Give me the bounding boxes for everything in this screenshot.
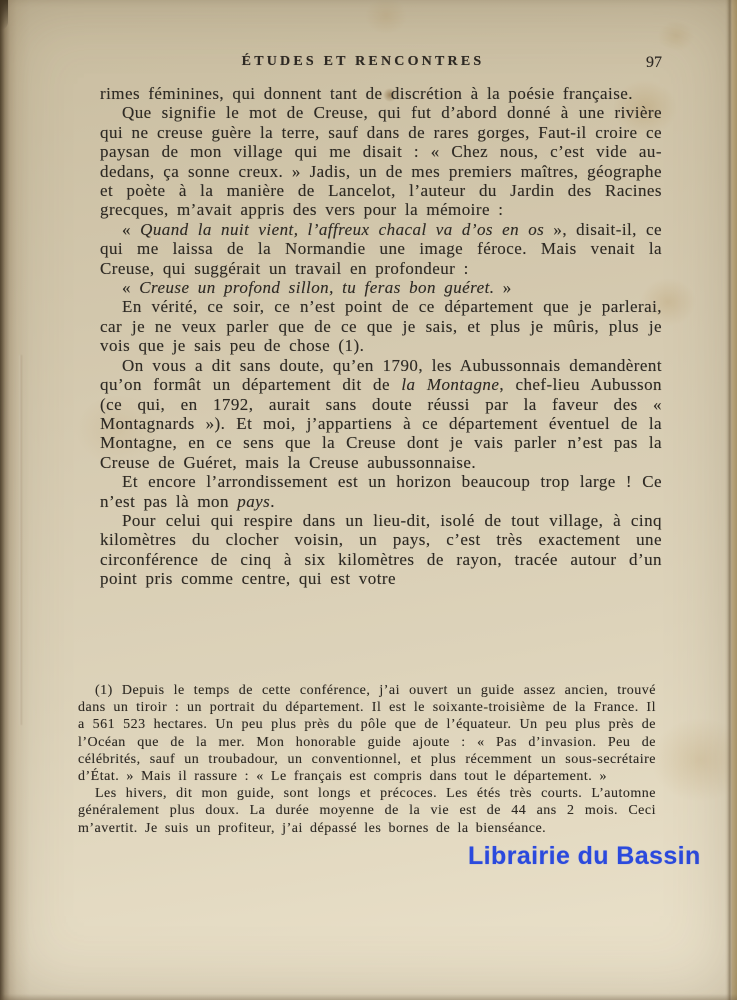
page-edge-bottom bbox=[0, 994, 737, 1000]
body-paragraph: rimes féminines, qui donnent tant de dis… bbox=[100, 84, 662, 103]
footnote-paragraph: (1) Depuis le temps de cette conférence,… bbox=[78, 682, 656, 785]
watermark: Librairie du Bassin bbox=[468, 842, 701, 871]
page-crease bbox=[19, 355, 22, 725]
page-header: ÉTUDES ET RENCONTRES 97 bbox=[100, 54, 662, 74]
body-paragraph: Que signifie le mot de Creuse, qui fut d… bbox=[100, 103, 662, 219]
page-edge-right bbox=[725, 0, 737, 1000]
page-number: 97 bbox=[646, 54, 662, 72]
body-paragraph: « Creuse un profond sillon, tu feras bon… bbox=[100, 278, 662, 297]
body-paragraph: En vérité, ce soir, ce n’est point de ce… bbox=[100, 297, 662, 355]
corner-nick bbox=[0, 0, 8, 30]
footnotes: (1) Depuis le temps de cette conférence,… bbox=[78, 682, 656, 837]
running-title: ÉTUDES ET RENCONTRES bbox=[82, 54, 644, 70]
body-text: rimes féminines, qui donnent tant de dis… bbox=[100, 84, 662, 589]
body-paragraph: On vous a dit sans doute, qu’en 1790, le… bbox=[100, 356, 662, 472]
body-paragraph: Et encore l’arrondissement est un horizo… bbox=[100, 472, 662, 511]
book-gutter-shadow bbox=[0, 0, 30, 1000]
body-paragraph: « Quand la nuit vient, l’affreux chacal … bbox=[100, 220, 662, 278]
body-paragraph: Pour celui qui respire dans un lieu-dit,… bbox=[100, 511, 662, 589]
page: ÉTUDES ET RENCONTRES 97 rimes féminines,… bbox=[0, 0, 737, 1000]
footnote-paragraph: Les hivers, dit mon guide, sont longs et… bbox=[78, 785, 656, 837]
book-page-photo: ÉTUDES ET RENCONTRES 97 rimes féminines,… bbox=[0, 0, 737, 1000]
